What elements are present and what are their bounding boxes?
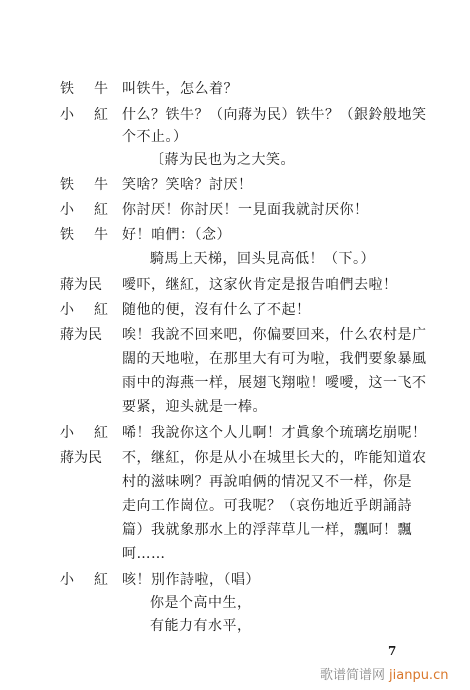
speaker-name: 小紅 [60, 571, 108, 589]
continuation-line: 要紧，迎头就是一棒。 [122, 398, 267, 416]
script-page: 铁牛叫铁牛，怎么着？小紅什么？铁牛？（向蔣为民）铁牛？（銀鈴般地笑个不止。）〔蔣… [0, 0, 470, 690]
continuation-line: 你是个高中生， [150, 594, 252, 612]
watermark-en: jianpu.cn [389, 668, 448, 683]
dialogue-line: 咳！別作詩啦，（唱） [122, 571, 260, 589]
continuation-line: 村的滋味咧？再說咱俩的情况又不一样，你是 [122, 473, 412, 491]
dialogue-line: 笑啥？笑啥？討厌！ [122, 176, 253, 194]
watermark: 歌谱简谱网jianpu.cn [320, 664, 448, 683]
dialogue-line: 随他的便，沒有什么了不起！ [122, 301, 311, 319]
dialogue-line: 叫铁牛，怎么着？ [122, 80, 238, 98]
page-number: 7 [388, 644, 396, 658]
speaker-name: 蔣为民 [60, 276, 102, 294]
speaker-name: 蔣为民 [60, 326, 102, 344]
continuation-line: 騎馬上天梯，回头見高低！（下。） [150, 250, 375, 268]
continuation-line: 闊的天地啦，在那里大有可为啦，我們要象暴風 [122, 350, 427, 368]
continuation-line: 篇）我就象那水上的浮萍草儿一样，飄呵！飄 [122, 521, 412, 539]
speaker-name: 小紅 [60, 106, 108, 124]
watermark-cn: 歌谱简谱网 [320, 668, 385, 683]
dialogue-line: 你討厌！你討厌！一見面我就討厌你！ [122, 201, 369, 219]
dialogue-line: 唉！我說不回来吧，你偏要回来，什么农村是广 [122, 326, 427, 344]
speaker-name: 铁牛 [60, 176, 108, 194]
speaker-name: 小紅 [60, 424, 108, 442]
speaker-name: 铁牛 [60, 226, 108, 244]
continuation-line: 呵…… [122, 545, 166, 563]
continuation-line: 〔蔣为民也为之大笑。 [150, 151, 295, 169]
continuation-line: 走向工作崗位。可我呢？（哀伤地近乎朗誦詩 [122, 497, 412, 515]
speaker-name: 铁牛 [60, 80, 108, 98]
speaker-name: 蔣为民 [60, 449, 102, 467]
dialogue-line: 不，继紅，你是从小在城里长大的，咋能知道农 [122, 449, 427, 467]
dialogue-line: 好！咱們：（念） [122, 226, 231, 244]
dialogue-line: 唏！我說你这个人儿啊！才眞象个琉璃圪崩呢！ [122, 424, 427, 442]
continuation-line: 个不止。） [122, 128, 188, 146]
dialogue-line: 什么？铁牛？（向蔣为民）铁牛？（銀鈴般地笑 [122, 106, 427, 124]
continuation-line: 雨中的海燕一样，展翅飞翔啦！噯噯，这一飞不 [122, 374, 427, 392]
speaker-name: 小紅 [60, 201, 108, 219]
dialogue-line: 噯吓，继紅，这家伙肯定是报告咱們去啦！ [122, 276, 398, 294]
speaker-name: 小紅 [60, 301, 108, 319]
continuation-line: 有能力有水平， [150, 617, 252, 635]
